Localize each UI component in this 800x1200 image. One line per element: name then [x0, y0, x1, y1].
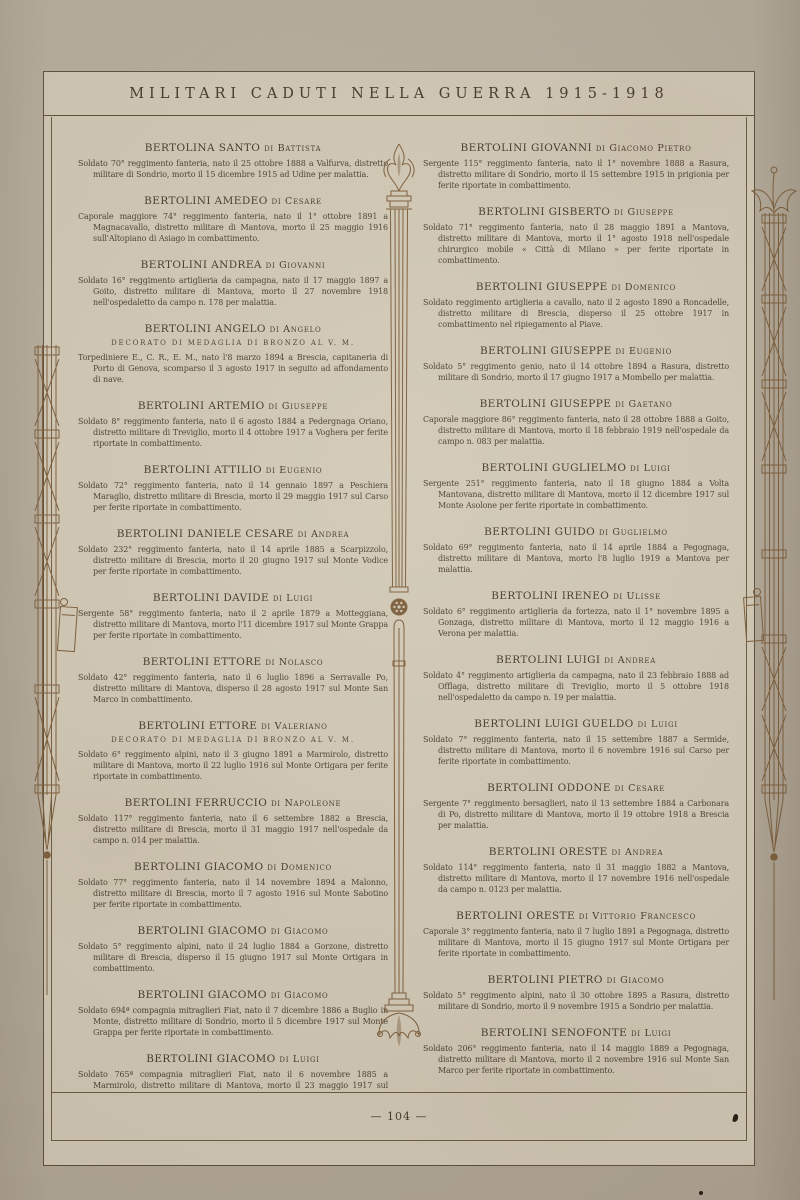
soldier-patronymic: di Giuseppe — [268, 401, 328, 412]
soldier-surname-name: BERTOLINI SENOFONTE — [481, 1027, 628, 1039]
soldier-record: Caporale maggiore 86° reggimento fanteri… — [423, 414, 729, 447]
soldier-surname-name: BERTOLINI GIACOMO — [138, 989, 267, 1001]
soldier-record: Soldato 232° reggimento fanteria, nato i… — [78, 544, 388, 577]
soldier-patronymic: di Eugenio — [615, 346, 672, 357]
soldier-name: BERTOLINI ODDONE di Cesare — [423, 782, 729, 794]
soldier-record: Soldato 6° reggimento artiglieria da for… — [423, 606, 729, 639]
soldier-record: Sergente 115° reggimento fanteria, nato … — [423, 158, 729, 191]
soldier-surname-name: BERTOLINI ATTILIO — [144, 464, 262, 476]
soldier-patronymic: di Andrea — [604, 655, 656, 666]
soldier-name: BERTOLINI GIACOMO di Giacomo — [78, 925, 388, 937]
soldier-name: BERTOLINI ARTEMIO di Giuseppe — [78, 400, 388, 412]
soldier-entry: BERTOLINI ORESTE di Vittorio Francesco C… — [423, 910, 729, 959]
soldier-surname-name: BERTOLINI GISBERTO — [478, 206, 610, 218]
soldier-patronymic: di Luigi — [631, 1028, 671, 1039]
soldier-name: BERTOLINI GIOVANNI di Giacomo Pietro — [423, 142, 729, 154]
soldier-record: Soldato 5° reggimento alpini, nato il 30… — [423, 990, 729, 1012]
soldier-surname-name: BERTOLINI DANIELE CESARE — [117, 528, 294, 540]
soldier-record: Sergente 251° reggimento fanteria, nato … — [423, 478, 729, 511]
soldier-name: BERTOLINI ORESTE di Vittorio Francesco — [423, 910, 729, 922]
soldier-record: Torpediniere E., C. R., E. M., nato l'8 … — [78, 352, 388, 385]
soldier-entry: BERTOLINI GUIDO di Guglielmo Soldato 69°… — [423, 526, 729, 575]
soldier-surname-name: BERTOLINI PIETRO — [488, 974, 603, 986]
soldier-record: Soldato 206° reggimento fanteria, nato i… — [423, 1043, 729, 1076]
soldier-record: Soldato 16° reggimento artiglieria da ca… — [78, 275, 388, 308]
soldier-name: BERTOLINI LUIGI di Andrea — [423, 654, 729, 666]
soldier-surname-name: BERTOLINI GUGLIELMO — [482, 462, 627, 474]
soldier-entry: BERTOLINI LUIGI di Andrea Soldato 4° reg… — [423, 654, 729, 703]
soldier-name: BERTOLINI PIETRO di Giacomo — [423, 974, 729, 986]
soldier-entry: BERTOLINI SENOFONTE di Luigi Soldato 206… — [423, 1027, 729, 1076]
soldier-entry: BERTOLINI PIETRO di Giacomo Soldato 5° r… — [423, 974, 729, 1012]
soldier-name: BERTOLINI GIACOMO di Giacomo — [78, 989, 388, 1001]
soldier-name: BERTOLINI GIACOMO di Luigi — [78, 1053, 388, 1065]
soldier-patronymic: di Giacomo — [271, 926, 329, 937]
soldier-patronymic: di Napoleone — [271, 798, 341, 809]
soldier-record: Soldato 71° reggimento fanteria, nato il… — [423, 222, 729, 266]
soldier-record: Soldato 72° reggimento fanteria, nato il… — [78, 480, 388, 513]
soldier-surname-name: BERTOLINI ORESTE — [489, 846, 608, 858]
soldier-patronymic: di Guglielmo — [599, 527, 668, 538]
soldier-record: Soldato 4° reggimento artiglieria da cam… — [423, 670, 729, 703]
soldier-record: Soldato 5° reggimento alpini, nato il 24… — [78, 941, 388, 974]
soldier-patronymic: di Domenico — [611, 282, 676, 293]
soldier-record: Soldato 5° reggimento genio, nato il 14 … — [423, 361, 729, 383]
soldier-surname-name: BERTOLINI ETTORE — [143, 656, 262, 668]
soldier-record: Soldato 694ª compagnia mitraglieri Fiat,… — [78, 1005, 388, 1038]
soldier-entry: BERTOLINI DAVIDE di Luigi Sergente 58° r… — [78, 592, 388, 641]
soldier-entry: BERTOLINI LUIGI GUELDO di Luigi Soldato … — [423, 718, 729, 767]
soldier-name: BERTOLINI ETTORE di Nolasco — [78, 656, 388, 668]
soldier-record: Soldato 77° reggimento fanteria, nato il… — [78, 877, 388, 910]
soldier-patronymic: di Domenico — [267, 862, 332, 873]
page-footer: — 104 — — [52, 1092, 746, 1140]
soldier-patronymic: di Vittorio Francesco — [579, 911, 696, 922]
soldier-name: BERTOLINI GIUSEPPE di Gaetano — [423, 398, 729, 410]
soldier-record: Sergente 7° reggimento bersaglieri, nato… — [423, 798, 729, 831]
soldier-entry: BERTOLINI GISBERTO di Giuseppe Soldato 7… — [423, 206, 729, 266]
soldier-entry: BERTOLINI ANDREA di Giovanni Soldato 16°… — [78, 259, 388, 308]
soldier-patronymic: di Cesare — [615, 783, 665, 794]
soldier-entry: BERTOLINI GIACOMO di Domenico Soldato 77… — [78, 861, 388, 910]
soldier-name: BERTOLINI SENOFONTE di Luigi — [423, 1027, 729, 1039]
soldier-surname-name: BERTOLINI GIUSEPPE — [476, 281, 608, 293]
soldier-surname-name: BERTOLINI GUIDO — [484, 526, 595, 538]
soldier-record: Soldato 7° reggimento fanteria, nato il … — [423, 734, 729, 767]
soldier-record: Soldato 117° reggimento fanteria, nato i… — [78, 813, 388, 846]
soldier-entry: BERTOLINI ETTORE di Valeriano DECORATO D… — [78, 720, 388, 782]
soldier-name: BERTOLINA SANTO di Battista — [78, 142, 388, 154]
soldier-patronymic: di Giuseppe — [614, 207, 674, 218]
soldier-record: Soldato 6° reggimento alpini, nato il 3 … — [78, 749, 388, 782]
soldier-entry: BERTOLINI DANIELE CESARE di Andrea Solda… — [78, 528, 388, 577]
soldier-record: Soldato reggimento artiglieria a cavallo… — [423, 297, 729, 330]
soldier-patronymic: di Battista — [264, 143, 321, 154]
soldier-entry: BERTOLINI ARTEMIO di Giuseppe Soldato 8°… — [78, 400, 388, 449]
soldier-record: Soldato 8° reggimento fanteria, nato il … — [78, 416, 388, 449]
soldier-record: Soldato 69° reggimento fanteria, nato il… — [423, 542, 729, 575]
soldier-name: BERTOLINI ANDREA di Giovanni — [78, 259, 388, 271]
soldier-surname-name: BERTOLINI GIUSEPPE — [480, 398, 612, 410]
soldier-record: Caporale 3° reggimento fanteria, nato il… — [423, 926, 729, 959]
soldier-surname-name: BERTOLINI ORESTE — [456, 910, 575, 922]
soldier-record: Soldato 70° reggimento fanteria, nato il… — [78, 158, 388, 180]
soldier-surname-name: BERTOLINI GIACOMO — [134, 861, 263, 873]
photographed-book-page: MILITARI CADUTI NELLA GUERRA 1915-1918 B… — [0, 0, 800, 1200]
soldier-entry: BERTOLINI GIACOMO di Giacomo Soldato 694… — [78, 989, 388, 1038]
soldier-entry: BERTOLINI GIACOMO di Luigi Soldato 765ª … — [78, 1053, 388, 1094]
soldier-surname-name: BERTOLINI LUIGI — [496, 654, 600, 666]
soldier-entry: BERTOLINI GIUSEPPE di Eugenio Soldato 5°… — [423, 345, 729, 383]
soldier-surname-name: BERTOLINA SANTO — [145, 142, 261, 154]
soldier-name: BERTOLINI IRENEO di Ulisse — [423, 590, 729, 602]
soldier-name: BERTOLINI GISBERTO di Giuseppe — [423, 206, 729, 218]
soldier-entry: BERTOLINI GIUSEPPE di Gaetano Caporale m… — [423, 398, 729, 447]
soldier-surname-name: BERTOLINI GIOVANNI — [460, 142, 592, 154]
soldier-patronymic: di Andrea — [298, 529, 350, 540]
soldier-name: BERTOLINI GIUSEPPE di Eugenio — [423, 345, 729, 357]
soldier-name: BERTOLINI AMEDEO di Cesare — [78, 195, 388, 207]
soldier-entry: BERTOLINI GIACOMO di Giacomo Soldato 5° … — [78, 925, 388, 974]
paper-speck — [699, 1191, 703, 1195]
soldier-entry: BERTOLINI ODDONE di Cesare Sergente 7° r… — [423, 782, 729, 831]
soldier-surname-name: BERTOLINI ANGELO — [145, 323, 266, 335]
soldier-patronymic: di Giacomo — [271, 990, 329, 1001]
soldier-name: BERTOLINI GUIDO di Guglielmo — [423, 526, 729, 538]
soldier-patronymic: di Giacomo Pietro — [596, 143, 692, 154]
right-column: BERTOLINI GIOVANNI di Giacomo Pietro Ser… — [423, 142, 729, 1091]
soldier-surname-name: BERTOLINI FERRUCCIO — [125, 797, 268, 809]
soldier-surname-name: BERTOLINI AMEDEO — [144, 195, 268, 207]
soldier-patronymic: di Angelo — [270, 324, 322, 335]
soldier-surname-name: BERTOLINI LUIGI GUELDO — [474, 718, 633, 730]
soldier-entry: BERTOLINI IRENEO di Ulisse Soldato 6° re… — [423, 590, 729, 639]
soldier-record: Soldato 42° reggimento fanteria, nato il… — [78, 672, 388, 705]
soldier-record: Caporale maggiore 74° reggimento fanteri… — [78, 211, 388, 244]
soldier-patronymic: di Gaetano — [615, 399, 672, 410]
soldier-patronymic: di Ulisse — [613, 591, 661, 602]
soldier-patronymic: di Luigi — [279, 1054, 319, 1065]
entries-area: BERTOLINA SANTO di Battista Soldato 70° … — [52, 117, 746, 1094]
soldier-surname-name: BERTOLINI IRENEO — [491, 590, 609, 602]
soldier-surname-name: BERTOLINI ETTORE — [138, 720, 257, 732]
page-title: MILITARI CADUTI NELLA GUERRA 1915-1918 — [129, 86, 669, 102]
soldier-name: BERTOLINI DANIELE CESARE di Andrea — [78, 528, 388, 540]
soldier-patronymic: di Cesare — [272, 196, 322, 207]
soldier-name: BERTOLINI ANGELO di Angelo — [78, 323, 388, 335]
soldier-patronymic: di Luigi — [630, 463, 670, 474]
soldier-name: BERTOLINI ETTORE di Valeriano — [78, 720, 388, 732]
decoration-note: DECORATO DI MEDAGLIA DI BRONZO AL V. M. — [78, 339, 388, 347]
soldier-name: BERTOLINI ATTILIO di Eugenio — [78, 464, 388, 476]
soldier-surname-name: BERTOLINI GIUSEPPE — [480, 345, 612, 357]
soldier-entry: BERTOLINI GIUSEPPE di Domenico Soldato r… — [423, 281, 729, 330]
soldier-record: Soldato 114° reggimento fanteria, nato i… — [423, 862, 729, 895]
soldier-name: BERTOLINI GIUSEPPE di Domenico — [423, 281, 729, 293]
soldier-patronymic: di Eugenio — [266, 465, 323, 476]
soldier-record: Sergente 58° reggimento fanteria, nato i… — [78, 608, 388, 641]
soldier-surname-name: BERTOLINI DAVIDE — [153, 592, 269, 604]
page-number: — 104 — — [371, 1110, 428, 1123]
soldier-entry: BERTOLINI AMEDEO di Cesare Caporale magg… — [78, 195, 388, 244]
soldier-entry: BERTOLINI ETTORE di Nolasco Soldato 42° … — [78, 656, 388, 705]
soldier-name: BERTOLINI GIACOMO di Domenico — [78, 861, 388, 873]
soldier-surname-name: BERTOLINI GIACOMO — [146, 1053, 275, 1065]
soldier-patronymic: di Giovanni — [266, 260, 326, 271]
soldier-patronymic: di Nolasco — [265, 657, 323, 668]
soldier-entry: BERTOLINI ANGELO di Angelo DECORATO DI M… — [78, 323, 388, 385]
soldier-entry: BERTOLINI GUGLIELMO di Luigi Sergente 25… — [423, 462, 729, 511]
soldier-name: BERTOLINI DAVIDE di Luigi — [78, 592, 388, 604]
soldier-entry: BERTOLINI ATTILIO di Eugenio Soldato 72°… — [78, 464, 388, 513]
soldier-surname-name: BERTOLINI ODDONE — [487, 782, 611, 794]
soldier-entry: BERTOLINA SANTO di Battista Soldato 70° … — [78, 142, 388, 180]
decoration-note: DECORATO DI MEDAGLIA DI BRONZO AL V. M. — [78, 736, 388, 744]
content-frame: BERTOLINA SANTO di Battista Soldato 70° … — [51, 117, 747, 1142]
soldier-entry: BERTOLINI ORESTE di Andrea Soldato 114° … — [423, 846, 729, 895]
soldier-patronymic: di Valeriano — [261, 721, 327, 732]
soldier-surname-name: BERTOLINI ARTEMIO — [138, 400, 265, 412]
soldier-surname-name: BERTOLINI ANDREA — [141, 259, 262, 271]
soldier-name: BERTOLINI LUIGI GUELDO di Luigi — [423, 718, 729, 730]
soldier-name: BERTOLINI GUGLIELMO di Luigi — [423, 462, 729, 474]
soldier-patronymic: di Giacomo — [607, 975, 665, 986]
soldier-entry: BERTOLINI FERRUCCIO di Napoleone Soldato… — [78, 797, 388, 846]
soldier-record: Soldato 765ª compagnia mitraglieri Fiat,… — [78, 1069, 388, 1094]
soldier-patronymic: di Andrea — [611, 847, 663, 858]
soldier-entry: BERTOLINI GIOVANNI di Giacomo Pietro Ser… — [423, 142, 729, 191]
soldier-name: BERTOLINI FERRUCCIO di Napoleone — [78, 797, 388, 809]
soldier-name: BERTOLINI ORESTE di Andrea — [423, 846, 729, 858]
soldier-patronymic: di Luigi — [637, 719, 677, 730]
page-header: MILITARI CADUTI NELLA GUERRA 1915-1918 — [44, 72, 754, 116]
page-frame: MILITARI CADUTI NELLA GUERRA 1915-1918 B… — [43, 71, 755, 1166]
soldier-surname-name: BERTOLINI GIACOMO — [138, 925, 267, 937]
soldier-patronymic: di Luigi — [273, 593, 313, 604]
left-column: BERTOLINA SANTO di Battista Soldato 70° … — [78, 142, 388, 1094]
